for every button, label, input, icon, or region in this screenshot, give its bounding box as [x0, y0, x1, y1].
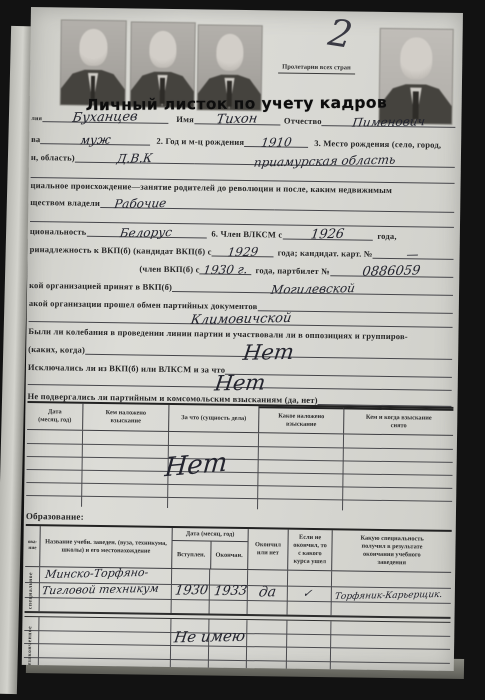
- party-card-number: 0886059: [362, 266, 421, 277]
- label-which-when: (каких, когда): [28, 344, 85, 355]
- penalties-table: Дата (месяц, год) Кем наложено взыскание…: [26, 401, 453, 513]
- patronymic-field: Пименович: [322, 113, 456, 128]
- table-grid-line: [27, 469, 453, 476]
- deviations-field: Нет: [85, 342, 452, 360]
- label-region-fragment: н, область): [31, 152, 75, 163]
- birth-year-value: 1910: [260, 137, 292, 148]
- line2-value: муж: [79, 135, 111, 146]
- portrait-face: [400, 38, 432, 80]
- property-field-cont: [274, 197, 454, 213]
- education-section-label: Образование:: [26, 511, 84, 522]
- table-grid-line: [331, 571, 333, 615]
- school-name-line2: Тигловой техникум: [41, 584, 159, 596]
- surname-value: Буханцев: [72, 112, 138, 123]
- education-col-header-date-group: Дата (месяц, год) Вступлен. Окончан.: [171, 528, 248, 569]
- label-birth-place: 3. Место рождения (село, город,: [314, 138, 441, 150]
- label-admitting-org: кой организацией принят в ВКП(б): [29, 280, 172, 292]
- education-band-secondary: специальное Минско-Торфяно- Тигловой тех…: [25, 567, 452, 619]
- label-patronymic: Отчество: [284, 116, 322, 127]
- table-grid-line: [171, 569, 173, 613]
- education-date-group-label: Дата (месяц, год): [173, 528, 248, 542]
- name-field: Тихон: [194, 111, 280, 125]
- education-entered-value: 1930: [174, 586, 208, 597]
- label-name: Имя: [176, 114, 194, 124]
- table-grid-line: [39, 567, 41, 611]
- table-grid-line: [27, 443, 453, 450]
- education-graduated-value: да: [258, 587, 277, 597]
- expelled-value: Нет: [214, 377, 266, 388]
- education-col-header-graduated: Окончил или нет: [247, 529, 288, 570]
- table-grid-line: [26, 495, 452, 502]
- penalties-entry-none: Нет: [164, 457, 227, 473]
- table-grid-line: [287, 571, 289, 615]
- education-col-header-finished-date: Окончан.: [210, 542, 248, 570]
- candidate-card-field: —: [373, 246, 454, 260]
- penalties-col-header-penalty: Какое наложено взыскание: [258, 406, 343, 433]
- table-grid-line: [330, 621, 332, 671]
- admitting-org-field: Могилевской: [172, 279, 453, 296]
- penalties-col-header-by-whom: Кем наложено взыскание: [82, 404, 168, 431]
- education-band1-label: специальное: [28, 569, 35, 609]
- education-col-header-school: Название учебн. заведен. (вуза, техникум…: [39, 526, 172, 568]
- label-candidate-card: года; кандидат. карт. №: [278, 247, 373, 258]
- education-col-header-specialty: Какую специальность получил в результате…: [331, 530, 452, 572]
- party-card-field: 0886059: [330, 263, 454, 278]
- vlksm-year-field: 1926: [282, 227, 372, 241]
- education-corner-header: ова- ние: [25, 526, 40, 566]
- table-grid-line: [24, 657, 450, 664]
- label-line2-fragment: ва: [31, 134, 40, 144]
- personnel-record-sheet: 2 Пролетарии всех стран Личный листок по…: [22, 7, 463, 671]
- candidate-year-field: 1929: [212, 244, 274, 258]
- birth-place-field-2: приамурская область: [195, 151, 455, 168]
- education-finished-date-value: 1933: [213, 586, 247, 597]
- handwritten-page-number: 2: [326, 11, 356, 57]
- penalties-col-header-date: Дата (месяц, год): [27, 403, 82, 430]
- education-col-header-left-course: Если не окончил, то с какого курса ушел: [287, 530, 332, 571]
- name-value: Тихон: [216, 114, 258, 125]
- deviations-value: Нет: [243, 347, 295, 358]
- birth-place-value-2: приамурская область: [253, 155, 396, 168]
- label-year-suffix: года,: [377, 231, 396, 241]
- admitting-org-value: Могилевской: [270, 283, 355, 295]
- label-deviations: Были ли колебания в проведении линии пар…: [28, 326, 408, 341]
- table-grid-line: [27, 456, 453, 463]
- portrait-face: [79, 28, 108, 65]
- table-grid-line: [209, 570, 211, 614]
- label-party-card: года, партбилет №: [256, 265, 330, 276]
- exchange-org-value: Климовичской: [190, 314, 292, 326]
- school-name-line1: Минско-Торфяно-: [44, 568, 149, 580]
- nationality-value: Белорус: [120, 227, 174, 238]
- penalties-col-header-reason: За что (сущность дела): [168, 405, 258, 432]
- member-year-value: 1930 г.: [203, 264, 249, 275]
- label-nationality: циональность: [30, 226, 87, 237]
- slogan-text: Пролетарии всех стран: [278, 63, 355, 74]
- label-party-member: (член ВКП(б) с: [139, 264, 199, 275]
- property-value: Рабочие: [113, 198, 166, 209]
- candidate-year-value: 1929: [227, 247, 259, 258]
- nationality-field: Белорус: [86, 224, 206, 239]
- patronymic-value: Пименович: [352, 116, 426, 128]
- penalties-col-header-lifted: Кем и когда взыскание снято: [343, 407, 453, 435]
- birth-place-field-1: Д.В.К: [75, 150, 195, 165]
- vlksm-year-value: 1926: [310, 230, 344, 241]
- portrait-face: [149, 30, 177, 67]
- member-year-field: 1930 г.: [200, 261, 252, 275]
- label-vlksm: 6. Член ВЛКСМ с: [211, 229, 282, 240]
- property-field: Рабочие: [100, 195, 274, 210]
- label-party-candidate: ринадлежность к ВКП(б) (кандидат ВКП(б) …: [30, 244, 212, 257]
- education-specialty-value: Торфяник-Карьерщик.: [334, 590, 443, 602]
- birth-place-value-1: Д.В.К: [116, 153, 153, 164]
- label-surname-fragment: лия: [31, 116, 42, 122]
- portrait-photo-1: [60, 19, 127, 106]
- education-left-course-mark: ✓: [302, 589, 313, 599]
- birth-year-field: 1910: [244, 134, 308, 148]
- education-band2-entry: Не имею: [174, 631, 246, 643]
- education-band2-label: незаконченное: [27, 619, 34, 669]
- education-band-higher: незаконченное Не имею: [24, 616, 451, 671]
- label-birth-year: 2. Год и м-ц рождения: [156, 136, 244, 147]
- scanned-document-photo: 2 Пролетарии всех стран Личный листок по…: [0, 0, 485, 700]
- line2-field: муж: [40, 131, 150, 146]
- portrait-photo-4: [378, 28, 453, 125]
- candidate-card-value: —: [406, 249, 419, 259]
- portrait-face: [216, 33, 244, 70]
- table-grid-line: [26, 482, 452, 489]
- label-property: ществом владели: [30, 197, 100, 208]
- education-col-header-entered: Вступлен.: [172, 541, 210, 569]
- surname-field: Буханцев: [42, 109, 168, 124]
- education-table: ова- ние Название учебн. заведен. (вуза,…: [24, 524, 452, 671]
